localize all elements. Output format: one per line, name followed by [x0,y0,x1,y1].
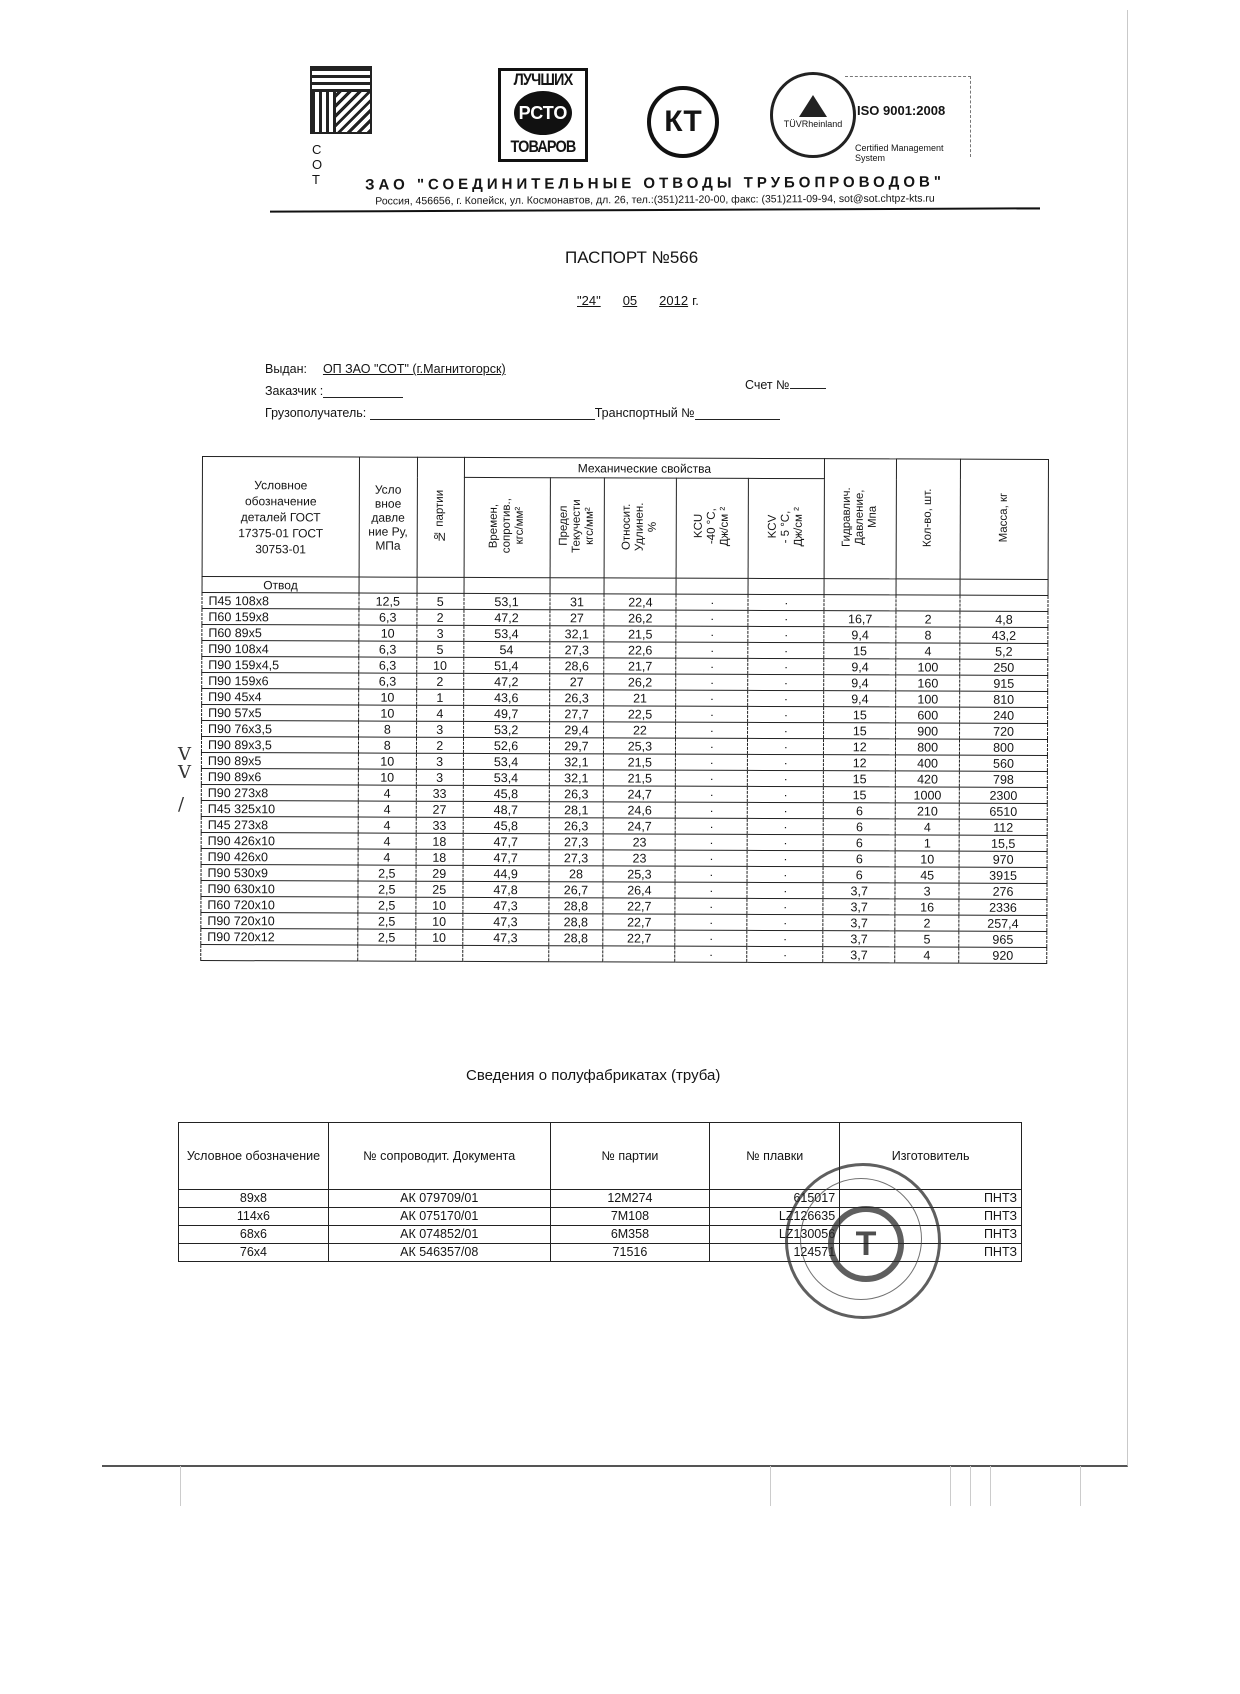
invoice-field: Счет № [745,378,826,392]
cell-kcv: · [748,674,824,690]
cell-tensile: 47,3 [463,913,549,929]
cell-tensile: 53,4 [463,753,549,769]
cell-yield: 31 [549,594,604,610]
cell-name [201,944,358,961]
table-row: ··3,74920 [201,944,1047,963]
cell-yield: 29,7 [549,738,604,754]
semi-cell: АК 075170/01 [328,1208,550,1226]
cell-mass: 4,8 [960,611,1048,627]
cell-elong: 22,7 [603,930,675,946]
cell-qty: 160 [896,675,960,691]
semi-products-title: Сведения о полуфабрикатах (труба) [466,1067,720,1084]
semi-cell: 6М358 [550,1226,710,1244]
semi-cell: 12М274 [550,1190,710,1208]
cell-kcu: · [676,706,748,722]
passport-title: ПАСПОРТ №566 [565,248,698,268]
cell-tensile: 47,2 [464,609,550,625]
transport-field [695,419,780,420]
date-month: 05 [623,293,637,308]
cell-yield: 29,4 [549,722,604,738]
semi-cell: АК 546357/08 [328,1244,550,1262]
cell-mass: 915 [960,675,1048,691]
cell-name: П90 426х0 [201,848,358,865]
cell-yield: 27,3 [549,642,604,658]
cell-hydro: 12 [824,755,896,771]
cell-name: П45 325х10 [201,800,358,817]
cell-kcu: · [676,594,748,610]
semi-header-0: Условное обозначение [179,1123,329,1190]
cell-yield: 27,3 [549,834,604,850]
cell-batch: 33 [416,817,463,833]
consignee-field [370,419,595,420]
cell-batch: 4 [416,705,463,721]
sot-logo: С О Т [310,66,385,166]
cell-batch: 3 [416,721,463,737]
tuv-logo: TÜVRheinland [770,72,856,158]
cell-qty: 600 [896,707,960,723]
header-designation: Условное обозначение деталей ГОСТ 17375-… [202,457,359,578]
cell-qty: 100 [896,659,960,675]
cell-tensile: 47,2 [463,673,549,689]
cell-qty: 800 [896,739,960,755]
cell-tensile: 53,4 [463,769,549,785]
kt-certification-icon: КТ [647,86,719,158]
cell-kcv: · [748,626,824,642]
cell-name: П90 159х4,5 [202,657,359,674]
cell-kcv: · [747,914,823,930]
cell-tensile: 47,3 [462,929,548,945]
cell-mass: 2300 [959,787,1047,803]
cell-hydro: 9,4 [824,627,896,643]
cell-mass: 250 [960,659,1048,675]
cell-batch: 3 [417,625,464,641]
tuv-triangle-icon [799,95,827,117]
company-header: ЗАО "СОЕДИНИТЕЛЬНЫЕ ОТВОДЫ ТРУБОПРОВОДОВ… [270,175,1040,211]
company-name: ЗАО "СОЕДИНИТЕЛЬНЫЕ ОТВОДЫ ТРУБОПРОВОДОВ… [270,173,1040,194]
cell-name: П90 720х12 [201,928,358,945]
cell-py: 12,5 [359,593,417,609]
header-tensile: Времен, сопротив., кгс/мм² [464,477,550,577]
cell-qty: 1 [895,835,959,851]
cell-elong: 24,6 [604,802,676,818]
cell-mass: 15,5 [959,835,1047,851]
cell-name: П60 159х8 [202,609,359,626]
main-table-body: П45 108х812,5553,13122,4··П60 159х86,324… [201,593,1048,964]
cell-elong: 25,3 [604,738,676,754]
cell-elong: 24,7 [604,786,676,802]
cell-name: П60 720х10 [201,896,358,913]
cell-kcv: · [748,738,824,754]
cell-qty: 2 [895,915,959,931]
cell-py [358,945,416,961]
cell-yield: 27,3 [549,850,604,866]
cell-name: П45 108х8 [202,593,359,610]
cell-elong: 23 [604,850,676,866]
cell-elong: 21,5 [604,754,676,770]
cell-elong: 21,5 [604,770,676,786]
cell-kcu: · [675,866,747,882]
cell-hydro: 3,7 [823,883,895,899]
date-suffix: г. [692,293,699,308]
header-mechanical: Механические свойства [464,457,825,478]
cell-qty: 210 [895,803,959,819]
cell-name: П90 45х4 [202,689,359,706]
cell-yield: 28,8 [548,930,603,946]
cell-name: П90 57х5 [202,705,359,722]
tuv-label: TÜVRheinland [773,119,853,129]
company-address: Россия, 456656, г. Копейск, ул. Космонав… [270,192,1040,208]
cell-elong: 22,4 [604,594,676,610]
cell-qty: 45 [895,867,959,883]
semi-cell: 76х4 [179,1244,329,1262]
cell-elong: 26,4 [603,882,675,898]
cell-hydro: 15 [824,707,896,723]
cell-tensile: 45,8 [463,817,549,833]
header-mass: Масса, кг [960,459,1048,579]
cell-tensile: 47,7 [463,833,549,849]
consignee-row: Грузополучатель: Транспортный № [265,406,845,428]
cell-elong: 22 [604,722,676,738]
consignee-label: Грузополучатель: [265,406,366,420]
check-mark-3: / [178,796,191,814]
cell-hydro: 3,7 [823,899,895,915]
cell-yield: 27 [549,674,604,690]
date-day: "24" [577,293,601,308]
cell-kcu: · [676,738,748,754]
cell-qty: 8 [896,627,960,643]
cell-kcv: · [748,594,824,610]
cell-batch: 18 [416,833,463,849]
cell-py: 8 [358,721,416,737]
cell-hydro: 9,4 [824,659,896,675]
cell-elong: 26,2 [604,674,676,690]
cell-kcv: · [748,818,824,834]
company-seal-stamp: Т [785,1163,941,1319]
cell-kcu: · [676,674,748,690]
cell-qty: 2 [896,611,960,627]
cell-batch: 5 [417,593,464,609]
cell-hydro: 16,7 [824,611,896,627]
cell-batch [415,945,462,961]
cell-mass: 800 [960,739,1048,755]
cell-name: П60 89х5 [202,625,359,642]
cell-py: 4 [358,785,416,801]
semi-cell: АК 074852/01 [328,1226,550,1244]
cell-kcu: · [676,658,748,674]
cell-yield: 26,3 [549,818,604,834]
cell-name: П90 720х10 [201,912,358,929]
cell-kcu: · [675,930,747,946]
semi-cell: 114х6 [179,1208,329,1226]
cell-tensile: 54 [463,641,549,657]
cell-tensile: 45,8 [463,785,549,801]
cell-name: П90 89х6 [201,768,358,785]
cell-py: 6,3 [359,609,417,625]
cell-mass: 5,2 [960,643,1048,659]
cell-py: 4 [358,833,416,849]
cell-tensile: 53,2 [463,721,549,737]
cell-mass: 2336 [959,899,1047,915]
semi-cell: 89х8 [179,1190,329,1208]
cell-py: 8 [358,737,416,753]
cell-qty: 5 [895,931,959,947]
cell-elong: 22,5 [604,706,676,722]
cell-mass: 240 [960,707,1048,723]
cell-yield [548,946,603,962]
cell-kcv: · [748,802,824,818]
cell-qty: 400 [896,755,960,771]
date-year: 2012 [659,293,688,308]
issued-value: ОП ЗАО "СОТ" (г.Магнитогорск) [323,362,506,376]
cell-py: 4 [358,801,416,817]
cell-elong: 26,2 [604,610,676,626]
cell-batch: 10 [416,897,463,913]
best-goods-top: ЛУЧШИХ [507,71,578,88]
cell-tensile: 47,8 [463,881,549,897]
cell-yield: 27 [549,610,604,626]
cell-py: 10 [358,705,416,721]
cell-name: П90 426х10 [201,832,358,849]
cell-mass: 810 [960,691,1048,707]
cell-yield: 32,1 [549,754,604,770]
cell-tensile: 53,4 [464,625,550,641]
cell-hydro: 6 [823,851,895,867]
cell-kcv: · [747,930,823,946]
cell-kcv: · [748,642,824,658]
cell-elong: 21,7 [604,658,676,674]
cell-hydro: 3,7 [823,915,895,931]
cell-hydro: 6 [823,867,895,883]
passport-fields: Выдан:ОП ЗАО "СОТ" (г.Магнитогорск) Зака… [265,362,845,428]
best-goods-bottom: ТОВАРОВ [507,138,578,155]
group-label: Отвод [202,577,359,594]
cell-tensile [462,945,548,961]
invoice-label: Счет № [745,378,790,392]
cell-kcv: · [747,866,823,882]
cell-yield: 32,1 [549,770,604,786]
cell-kcv: · [748,786,824,802]
cell-py: 10 [359,625,417,641]
cell-mass: 112 [959,819,1047,835]
certification-logos: С О Т ЛУЧШИХ РСТО ТОВАРОВ КТ TÜVRheinlan… [310,66,970,176]
stamp-mark-icon: Т [828,1206,904,1282]
cell-py: 2,5 [358,929,416,945]
invoice-line [790,388,826,389]
cell-batch: 2 [416,673,463,689]
cell-batch: 29 [416,865,463,881]
cell-kcu: · [675,898,747,914]
cell-py: 4 [358,849,416,865]
cell-qty [896,595,960,611]
cell-py: 10 [358,769,416,785]
cell-batch: 25 [416,881,463,897]
cell-qty: 4 [896,643,960,659]
cell-kcu: · [675,882,747,898]
cell-hydro: 3,7 [823,931,895,947]
check-mark-2: V [178,764,191,782]
cell-hydro: 15 [824,643,896,659]
cell-qty: 4 [895,819,959,835]
cell-kcv: · [747,882,823,898]
cell-batch: 5 [417,641,464,657]
sot-logo-icon [310,66,372,134]
cell-kcu: · [676,610,748,626]
cell-kcv: · [748,690,824,706]
cell-qty: 10 [895,851,959,867]
cell-batch: 10 [416,913,463,929]
cell-elong: 25,3 [603,866,675,882]
cell-name: П90 630х10 [201,880,358,897]
cell-mass: 720 [960,723,1048,739]
customer-field [323,397,403,398]
cell-qty: 4 [895,947,959,963]
cell-kcu: · [676,626,748,642]
cell-tensile: 48,7 [463,801,549,817]
cell-kcv: · [747,898,823,914]
cell-name: П90 89х3,5 [201,737,358,754]
cell-batch: 27 [416,801,463,817]
cell-hydro: 15 [824,771,896,787]
rosto-mark-icon: РСТО [514,91,572,135]
cell-elong: 21 [604,690,676,706]
cell-name: П90 89х5 [201,752,358,769]
cell-elong: 22,7 [603,914,675,930]
scan-artifacts [150,1466,1130,1506]
semi-cell: 7М108 [550,1208,710,1226]
cell-kcu: · [676,722,748,738]
cell-batch: 18 [416,849,463,865]
cell-mass [960,595,1048,611]
cell-hydro: 15 [824,723,896,739]
cell-tensile: 51,4 [463,657,549,673]
iso-badge: ISO 9001:2008 Certified Management Syste… [845,76,971,157]
cell-tensile: 47,3 [463,897,549,913]
cell-yield: 28,8 [548,914,603,930]
cell-kcu: · [676,818,748,834]
cell-batch: 33 [416,785,463,801]
cell-yield: 28,6 [549,658,604,674]
cell-batch: 3 [416,769,463,785]
cell-hydro: 6 [823,835,895,851]
header-kcv: KCV - 5 °C, Дж/см ² [748,478,824,578]
cell-py: 6,3 [359,657,417,673]
cell-yield: 26,3 [549,786,604,802]
cell-hydro: 6 [824,803,896,819]
cell-py: 2,5 [358,881,416,897]
cell-name: П90 273х8 [201,784,358,801]
semi-cell: 71516 [550,1244,710,1262]
mechanical-properties-table: Условное обозначение деталей ГОСТ 17375-… [200,456,1049,964]
cell-qty: 100 [896,691,960,707]
cell-batch: 2 [417,609,464,625]
cell-kcv: · [748,754,824,770]
cell-mass: 970 [959,851,1047,867]
cell-batch: 10 [416,657,463,673]
header-kcu: KCU -40 °C, Дж/см ² [676,478,748,578]
header-yield: Предел Текучести кгс/мм² [550,478,605,578]
cell-kcu: · [676,642,748,658]
cell-tensile: 44,9 [463,865,549,881]
cell-hydro: 3,7 [823,947,895,963]
cell-hydro: 15 [824,787,896,803]
header-hydro: Гидравлич. Давление, Мпа [824,459,896,579]
best-goods-logo: ЛУЧШИХ РСТО ТОВАРОВ [498,68,588,162]
cell-elong: 21,5 [604,626,676,642]
cell-elong: 22,7 [603,898,675,914]
issued-label: Выдан: [265,362,307,376]
cell-mass: 798 [959,771,1047,787]
semi-header-2: № партии [550,1123,710,1190]
iso-label: ISO 9001:2008 [857,103,945,118]
cell-kcu: · [676,754,748,770]
cell-elong: 22,6 [604,642,676,658]
cell-mass: 3915 [959,867,1047,883]
cell-hydro [824,595,896,611]
semi-header-1: № сопроводит. Документа [328,1123,550,1190]
cell-py: 2,5 [358,913,416,929]
cell-qty: 420 [896,771,960,787]
cell-yield: 28,1 [549,802,604,818]
cell-mass: 965 [959,931,1047,947]
cell-tensile: 49,7 [463,705,549,721]
cell-py: 4 [358,817,416,833]
cell-yield: 28 [549,866,604,882]
cell-mass: 560 [960,755,1048,771]
cell-batch: 1 [416,689,463,705]
cell-yield: 26,7 [548,882,603,898]
cell-hydro: 12 [824,739,896,755]
cell-py: 6,3 [359,641,417,657]
header-qty: Кол-во, шт. [896,459,960,579]
handwritten-checkmarks: V V / [178,746,191,814]
cell-py: 10 [358,689,416,705]
customer-label: Заказчик : [265,384,323,398]
cell-qty: 900 [896,723,960,739]
cell-mass: 6510 [959,803,1047,819]
cell-kcu: · [675,834,747,850]
cell-hydro: 9,4 [824,675,896,691]
cell-tensile: 53,1 [464,593,550,609]
cell-kcu: · [676,786,748,802]
cell-tensile: 52,6 [463,737,549,753]
cell-qty: 3 [895,883,959,899]
cell-name: П90 108х4 [202,641,359,658]
cell-kcu: · [675,914,747,930]
cell-batch: 3 [416,753,463,769]
cell-tensile: 43,6 [463,689,549,705]
cell-batch: 10 [416,929,463,945]
header-batch: № партии [417,457,464,577]
cell-mass: 920 [959,947,1047,963]
cell-elong: 23 [604,834,676,850]
cell-yield: 27,7 [549,706,604,722]
cell-mass: 276 [959,883,1047,899]
cell-yield: 26,3 [549,690,604,706]
cell-elong: 24,7 [604,818,676,834]
passport-date: "24"052012г. [577,293,699,308]
cell-kcv: · [747,850,823,866]
iso-sub-label: Certified Management System [855,143,970,163]
cell-kcu: · [675,946,747,962]
semi-cell: АК 079709/01 [328,1190,550,1208]
cell-hydro: 9,4 [824,691,896,707]
cell-kcu: · [676,770,748,786]
cell-py: 10 [358,753,416,769]
semi-cell: 68х6 [179,1226,329,1244]
cell-mass: 257,4 [959,915,1047,931]
cell-name: П90 76х3,5 [202,721,359,738]
cell-kcv: · [748,658,824,674]
